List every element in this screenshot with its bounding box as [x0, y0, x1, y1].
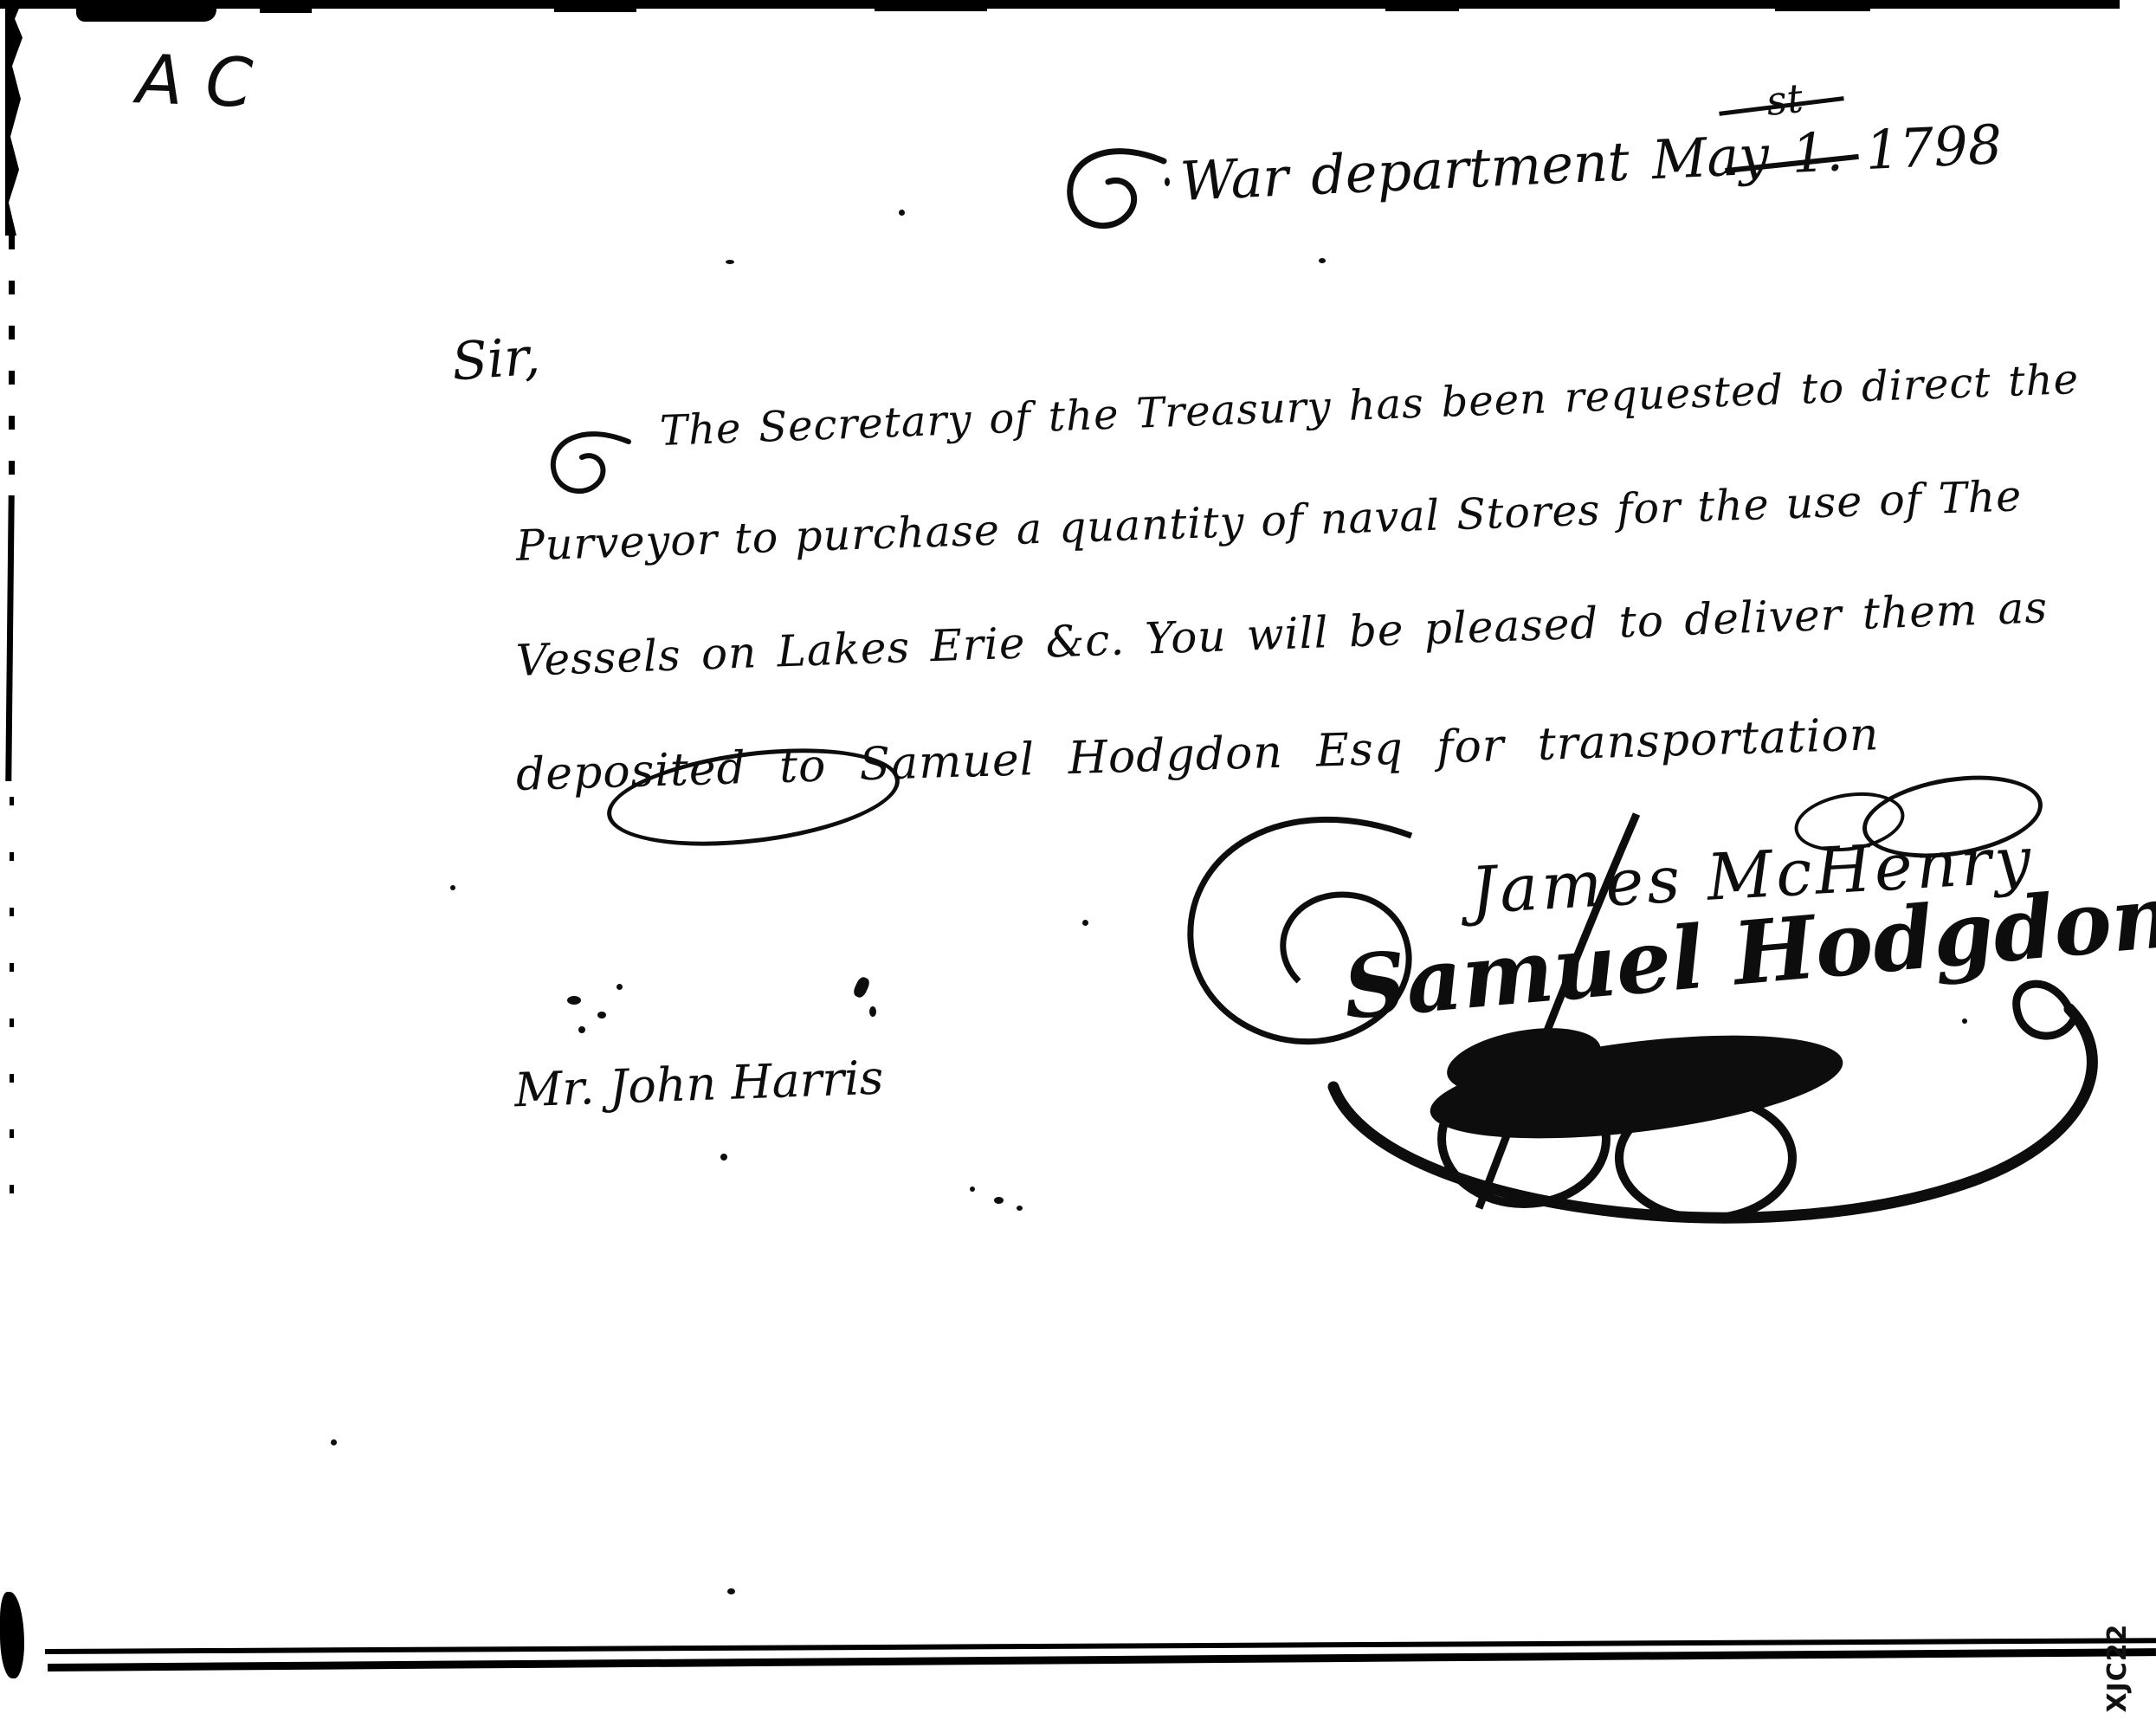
ink-speck [720, 1154, 727, 1161]
left-scan-edge-artifact [10, 797, 14, 1204]
signature-flourish-icon [1152, 801, 2147, 1260]
ink-speck [616, 984, 623, 990]
left-scan-corner-blob [0, 1592, 24, 1678]
left-scan-edge-artifact [5, 495, 14, 781]
left-scan-edge-artifact [5, 0, 23, 236]
ink-speck [450, 885, 455, 890]
pen-flourish-icon [544, 423, 635, 502]
ink-speck [331, 1439, 337, 1445]
ink-speck [852, 975, 872, 999]
top-scan-edge-artifact [1775, 6, 1870, 11]
dateline: War department May 1. 1798 [1178, 108, 2004, 218]
addressee: Mr. John Harris [513, 1051, 884, 1118]
ink-speck [869, 1006, 876, 1017]
ink-speck [1082, 920, 1088, 926]
top-scan-blob-artifact [76, 0, 216, 22]
top-scan-edge-artifact [1385, 6, 1459, 11]
salutation: Sir, [450, 327, 542, 393]
body-line: The Secretary of the Treasury has been r… [659, 352, 2080, 460]
top-scan-edge-artifact [554, 6, 636, 12]
pen-flourish-icon [1058, 137, 1171, 242]
left-scan-edge-artifact [9, 236, 15, 495]
ink-speck [994, 1197, 1004, 1204]
ink-speck [899, 210, 905, 216]
ink-speck [1017, 1206, 1023, 1211]
scanned-letter-page: AC War department May 1. 1798 st Sir, Th… [0, 0, 2156, 1720]
date-superscript: st [1764, 74, 1805, 125]
body-line: Vessels on Lakes Erie &c. You will be pl… [515, 579, 2049, 690]
ink-speck [726, 260, 734, 264]
ink-speck [727, 1588, 735, 1594]
ink-speck [567, 996, 581, 1005]
top-scan-edge-artifact [875, 6, 987, 11]
ink-speck [578, 1026, 585, 1033]
ink-speck [597, 1012, 606, 1018]
ink-speck [1319, 258, 1326, 263]
ink-speck [970, 1187, 975, 1192]
catalog-code: XJC22 [2102, 1620, 2137, 1717]
body-line: Purveyor to purchase a quantity of naval… [515, 468, 2023, 575]
archive-mark: AC [135, 41, 276, 124]
top-scan-edge-artifact [260, 7, 312, 13]
